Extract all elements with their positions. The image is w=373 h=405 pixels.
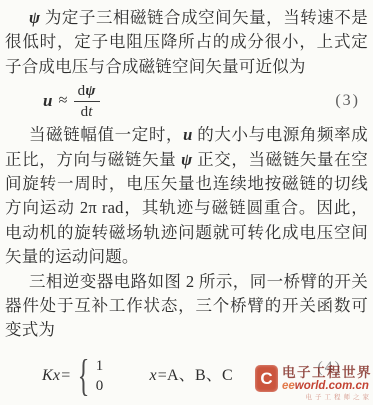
eeworld-watermark: C 电子工程世界 eeworld.com.cn 电子工程师之家 <box>255 365 372 402</box>
watermark-tagline: 电子工程师之家 <box>306 393 373 402</box>
phase-variable-x: x <box>149 367 156 384</box>
switch-function-K: K <box>42 367 53 384</box>
psi-symbol: ψ <box>181 150 192 169</box>
paragraph-flux-vector-text: 为定子三相磁链合成空间矢量，当转速不是很低时，定子电阻压降所占的成分很小，上式定… <box>5 8 368 76</box>
watermark-url: eeworld.com.cn <box>282 380 369 393</box>
watermark-text-block: 电子工程世界 eeworld.com.cn 电子工程师之家 <box>282 365 372 402</box>
psi-symbol: ψ <box>29 8 40 27</box>
fraction-numerator: dψ <box>74 82 100 102</box>
equation-4-condition: x=A、B、C <box>149 364 232 388</box>
paragraph-inverter-text: 三相逆变器电路如图 2 所示，同一桥臂的开关器件处于互补工作状态，三个桥臂的开关… <box>5 272 368 340</box>
fraction-denominator: dt <box>74 102 100 121</box>
article-text-column: ψ 为定子三相磁链合成空间矢量，当转速不是很低时，定子电阻压降所占的成分很小，上… <box>0 0 373 402</box>
eeworld-logo-icon: C <box>255 365 278 392</box>
phase-set-abc: =A、B、C <box>158 367 233 384</box>
watermark-url-ee: ee <box>282 380 295 392</box>
equation-4-lhs: Kx= <box>42 364 71 388</box>
equation-3: u ≈ dψ dt (3) <box>5 79 368 123</box>
cases-brace: { <box>78 353 90 399</box>
equation-3-number: (3) <box>335 89 360 113</box>
case-value-one: 1 <box>96 356 104 376</box>
equals-sign: = <box>60 367 71 384</box>
watermark-title: 电子工程世界 <box>282 365 372 380</box>
paragraph-voltage-vector: 当磁链幅值一定时，u 的大小与电源角频率成正比，方向与磁链矢量 ψ 正交，当磁链… <box>5 123 368 269</box>
equation-4-cases: 1 0 <box>96 356 104 396</box>
paragraph-voltage-vector-text-1: 当磁链幅值一定时， <box>29 125 183 144</box>
equation-3-lhs-u: u <box>43 89 53 113</box>
watermark-url-rest: world.com.cn <box>295 380 369 392</box>
paragraph-inverter: 三相逆变器电路如图 2 所示，同一桥臂的开关器件处于互补工作状态，三个桥臂的开关… <box>5 270 368 343</box>
case-value-zero: 0 <box>96 376 104 396</box>
approx-sign: ≈ <box>59 89 68 113</box>
time-variable-t: t <box>88 104 92 120</box>
equation-3-fraction: dψ dt <box>74 82 100 121</box>
psi-symbol: ψ <box>85 83 95 99</box>
scanned-paper-page: { "page": { "background": "#fbfbf8", "te… <box>0 0 373 405</box>
paragraph-flux-vector: ψ 为定子三相磁链合成空间矢量，当转速不是很低时，定子电阻压降所占的成分很小，上… <box>5 6 368 79</box>
